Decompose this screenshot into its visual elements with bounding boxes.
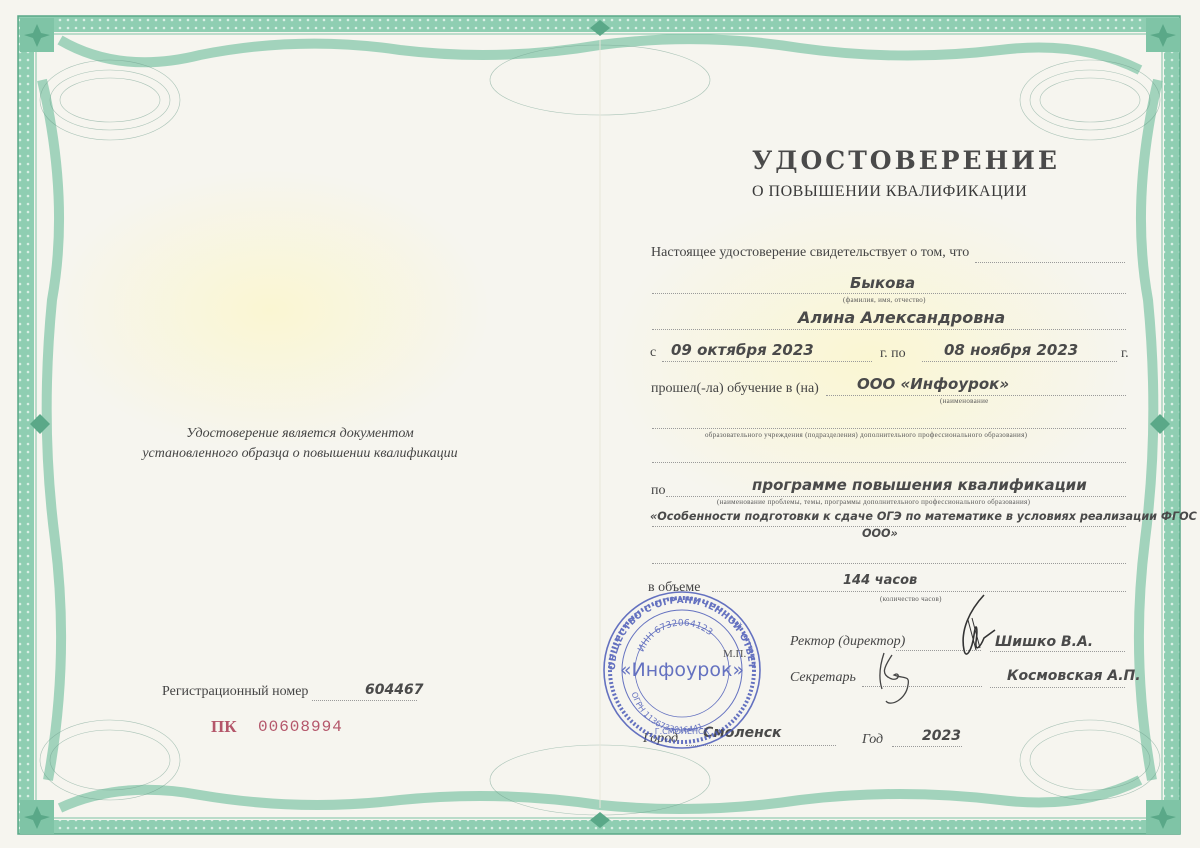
date-from-prefix: с [650,345,656,361]
organization-stamp: ОБЩЕСТВО С ОГРАНИЧЕННОЙ ОТВЕТСТВЕННОСТЬЮ… [595,590,770,750]
volume-underline [712,591,1126,592]
certificate-sheet: УДОСТОВЕРЕНИЕ О ПОВЫШЕНИИ КВАЛИФИКАЦИИ Н… [0,0,1200,848]
year-value: 2023 [922,728,961,744]
secretary-name-underline [990,687,1125,688]
secretary-name: Космовская А.П. [1007,668,1141,684]
left-note-line2: установленного образца о повышении квали… [120,444,480,464]
left-note-line1: Удостоверение является документом [120,424,480,444]
year-underline [892,746,962,747]
svg-text:ИНН 6732064123: ИНН 6732064123 [637,618,715,653]
reg-number-value: 604467 [365,682,423,698]
volume-caption: (количество часов) [880,595,942,603]
secretary-label: Секретарь [790,670,856,686]
program-type-value: программе повышения квалификации [752,476,1087,494]
name-caption: (фамилия, имя, отчество) [843,296,926,304]
org-caption-1: (наименование [940,397,989,405]
date-to-underline [922,361,1117,362]
program-name-underline-2 [652,563,1126,564]
reg-number-underline [312,700,417,701]
program-name-line1: «Особенности подготовки к сдаче ОГЭ по м… [650,510,1197,523]
org-caption-2: образовательного учреждения (подразделен… [705,431,1027,439]
given-names-underline [652,329,1126,330]
program-name-line2: ООО» [862,527,898,540]
date-mid-label: г. по [880,346,906,362]
surname-underline [652,293,1126,294]
stamp-center: «Инфоурок» [620,659,744,681]
date-suffix: г. [1121,346,1129,362]
date-from-value: 09 октября 2023 [671,341,814,359]
blank-line [652,462,1126,463]
rector-name-underline [990,651,1125,652]
organization-underline [826,395,1126,396]
secretary-signature [870,645,920,710]
reg-number-label: Регистрационный номер [162,684,308,700]
surname-value: Быкова [850,274,915,292]
stamp-mp: М.П. [723,648,746,660]
document-title: УДОСТОВЕРЕНИЕ [752,146,1060,175]
series-prefix: ПК [211,717,237,737]
series-number: 00608994 [258,718,343,736]
left-note: Удостоверение является документом устано… [120,424,480,464]
organization-value: ООО «Инфоурок» [857,375,1009,393]
intro-underline [975,262,1125,263]
program-prefix: по [651,483,666,499]
stamp-inn: ИНН 6732064123 [637,618,715,653]
study-label: прошел(-ла) обучение в (на) [651,381,819,397]
intro-text: Настоящее удостоверение свидетельствует … [651,245,969,261]
date-to-value: 08 ноября 2023 [944,341,1078,359]
volume-value: 144 часов [843,573,917,588]
org-line-2 [652,428,1126,429]
given-names-value: Алина Александровна [798,308,1005,327]
year-label: Год [862,732,883,748]
stamp-city: Г.СМОЛЕНСК [655,727,710,736]
date-from-underline [662,361,872,362]
rector-name: Шишко В.А. [995,634,1093,650]
rector-signature [950,590,1000,670]
program-type-underline [666,496,1126,497]
program-caption: (наименование проблемы, темы, программы … [717,498,1030,506]
document-subtitle: О ПОВЫШЕНИИ КВАЛИФИКАЦИИ [752,183,1027,201]
